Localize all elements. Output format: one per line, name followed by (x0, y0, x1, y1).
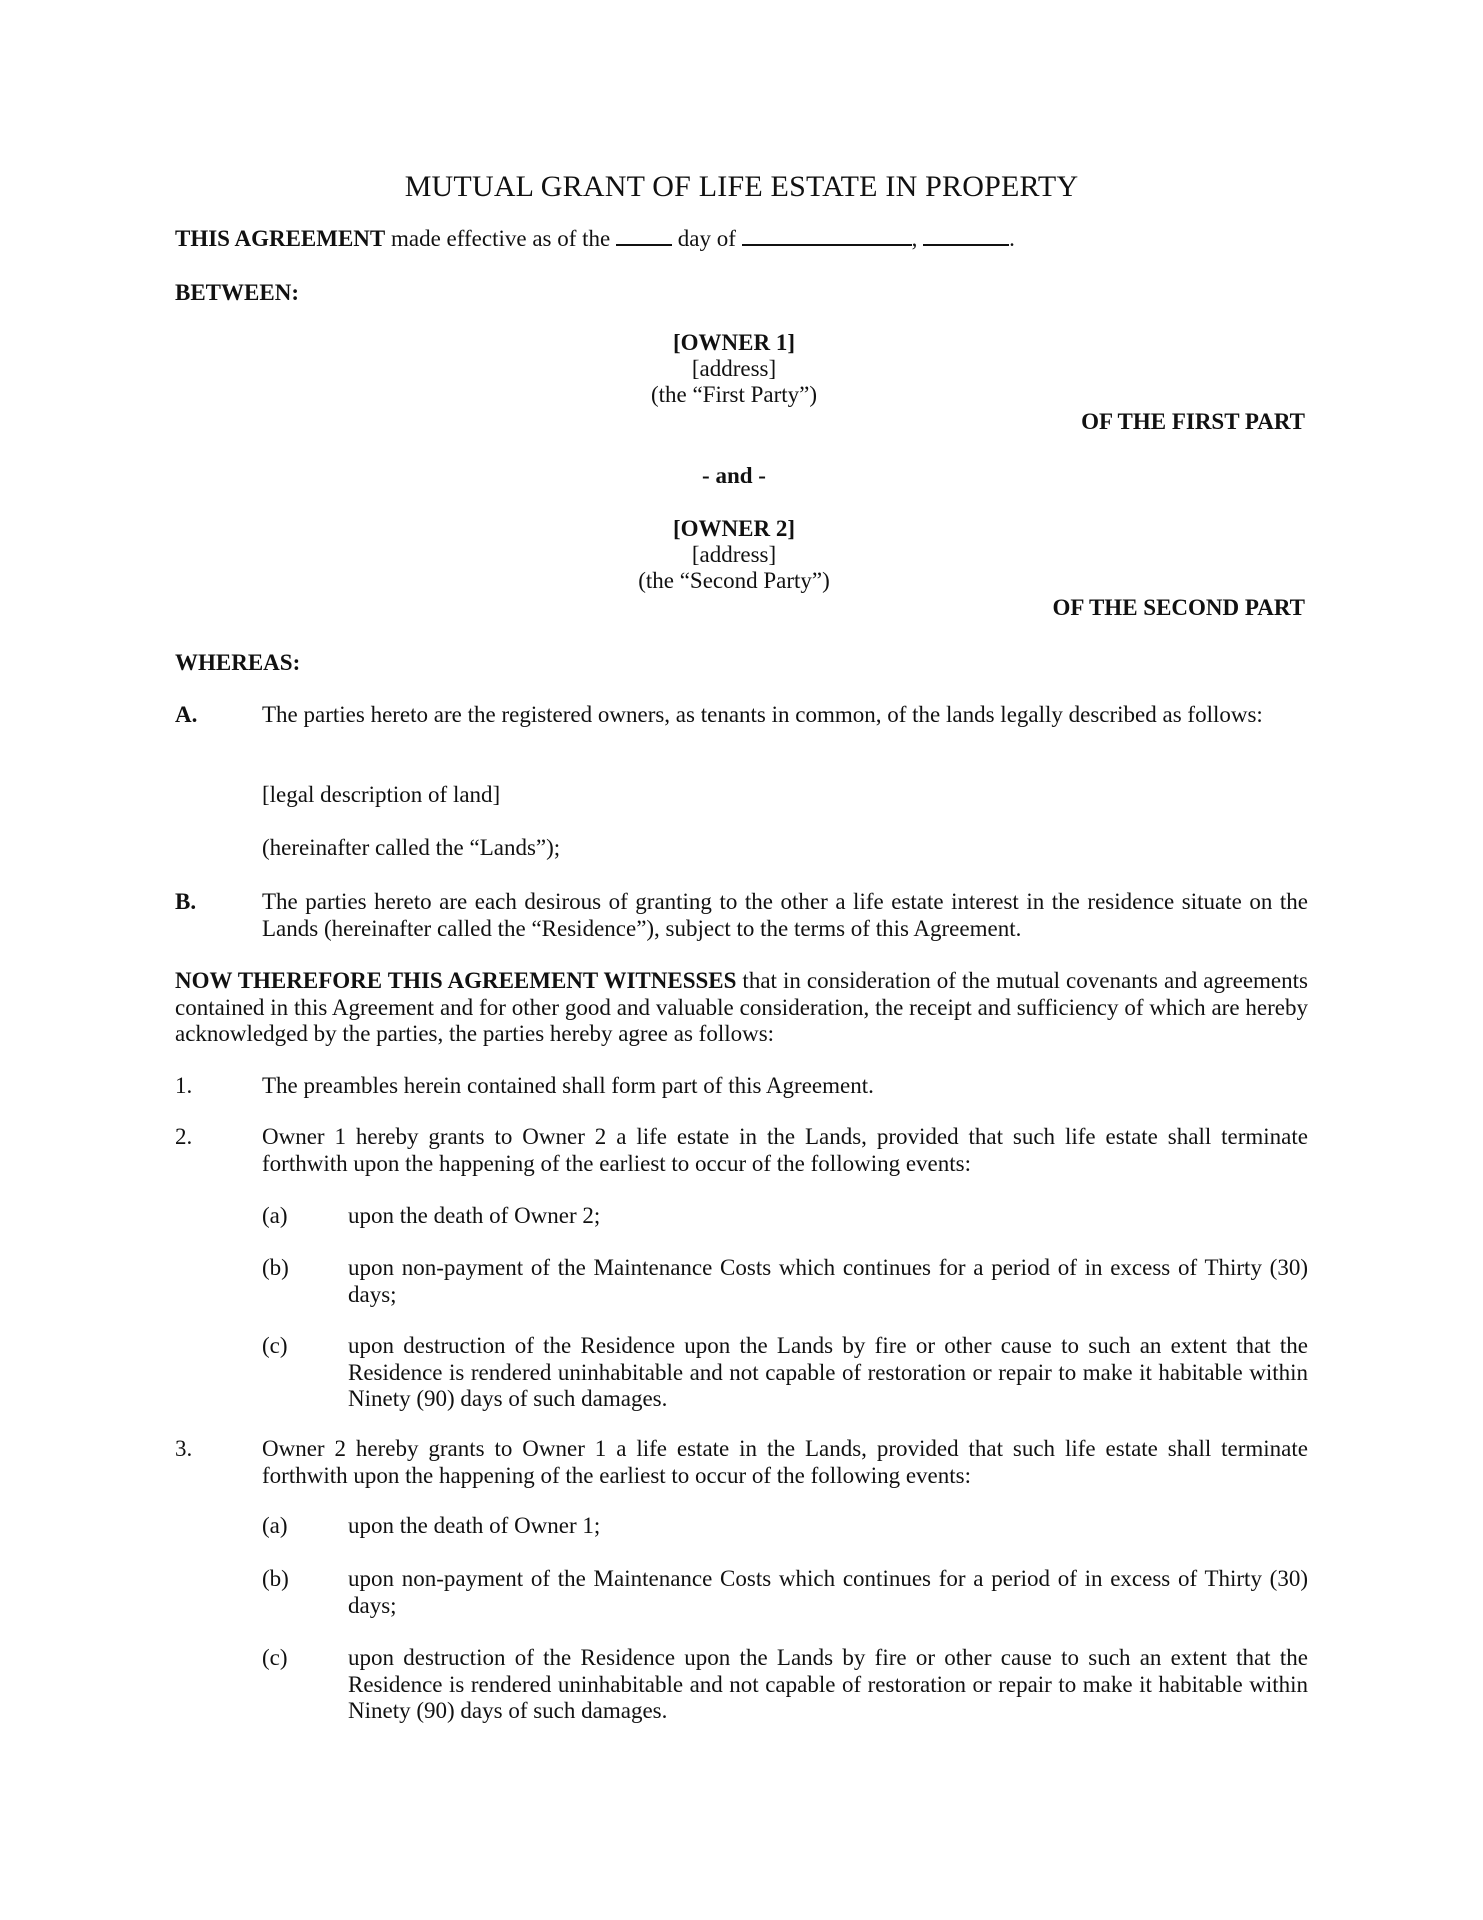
recital-b-label: B. (175, 889, 196, 915)
intro-text-2: day of (672, 226, 742, 251)
party-2-designation: (the “Second Party”) (534, 568, 934, 594)
recital-a-label: A. (175, 702, 197, 728)
month-blank[interactable] (742, 224, 912, 246)
clause-3a-label: (a) (262, 1513, 288, 1539)
clause-2a-text: upon the death of Owner 2; (348, 1203, 1308, 1230)
party-2-address: [address] (534, 542, 934, 568)
between-label: BETWEEN: (175, 280, 299, 306)
clause-2c-text: upon destruction of the Residence upon t… (348, 1333, 1308, 1413)
clause-3c-label: (c) (262, 1645, 288, 1671)
clause-2c-label: (c) (262, 1333, 288, 1359)
clause-1-text: The preambles herein contained shall for… (262, 1073, 1308, 1100)
clause-3a-text: upon the death of Owner 1; (348, 1513, 1308, 1540)
party-1-designation: (the “First Party”) (534, 382, 934, 408)
clause-2a-label: (a) (262, 1203, 288, 1229)
witnesseth-bold-lead: NOW THEREFORE THIS AGREEMENT WITNESSES (175, 968, 736, 993)
clause-1-label: 1. (175, 1073, 192, 1099)
party-1-block: [OWNER 1] [address] (the “First Party”) (534, 330, 934, 408)
first-part-label: OF THE FIRST PART (1081, 409, 1305, 435)
clause-2b-text: upon non-payment of the Maintenance Cost… (348, 1255, 1308, 1308)
intro-text-1: made effective as of the (385, 226, 616, 251)
clause-3b-label: (b) (262, 1566, 289, 1592)
document-page: MUTUAL GRANT OF LIFE ESTATE IN PROPERTY … (0, 0, 1483, 1920)
whereas-label: WHEREAS: (175, 650, 300, 676)
recital-a-text: The parties hereto are the registered ow… (262, 702, 1308, 729)
clause-2b-label: (b) (262, 1255, 289, 1281)
day-blank[interactable] (616, 224, 672, 246)
clause-3-text: Owner 2 hereby grants to Owner 1 a life … (262, 1436, 1308, 1489)
clause-3-label: 3. (175, 1436, 192, 1462)
intro-text-3: , (912, 226, 924, 251)
intro-bold-lead: THIS AGREEMENT (175, 226, 385, 251)
recital-b-text: The parties hereto are each desirous of … (262, 889, 1308, 942)
witnesseth-paragraph: NOW THEREFORE THIS AGREEMENT WITNESSES t… (175, 968, 1308, 1048)
party-2-name: [OWNER 2] (534, 516, 934, 542)
clause-3b-text: upon non-payment of the Maintenance Cost… (348, 1566, 1308, 1619)
clause-2-text: Owner 1 hereby grants to Owner 2 a life … (262, 1124, 1308, 1177)
and-separator: - and - (534, 463, 934, 489)
party-1-address: [address] (534, 356, 934, 382)
second-part-label: OF THE SECOND PART (1053, 595, 1305, 621)
intro-text-4: . (1009, 226, 1015, 251)
year-blank[interactable] (923, 224, 1009, 246)
clause-2-label: 2. (175, 1124, 192, 1150)
party-1-name: [OWNER 1] (534, 330, 934, 356)
lands-definition: (hereinafter called the “Lands”); (262, 835, 560, 861)
intro-line: THIS AGREEMENT made effective as of the … (175, 224, 1015, 252)
party-2-block: [OWNER 2] [address] (the “Second Party”) (534, 516, 934, 594)
clause-3c-text: upon destruction of the Residence upon t… (348, 1645, 1308, 1725)
legal-description-placeholder: [legal description of land] (262, 782, 500, 808)
document-title: MUTUAL GRANT OF LIFE ESTATE IN PROPERTY (0, 170, 1483, 204)
